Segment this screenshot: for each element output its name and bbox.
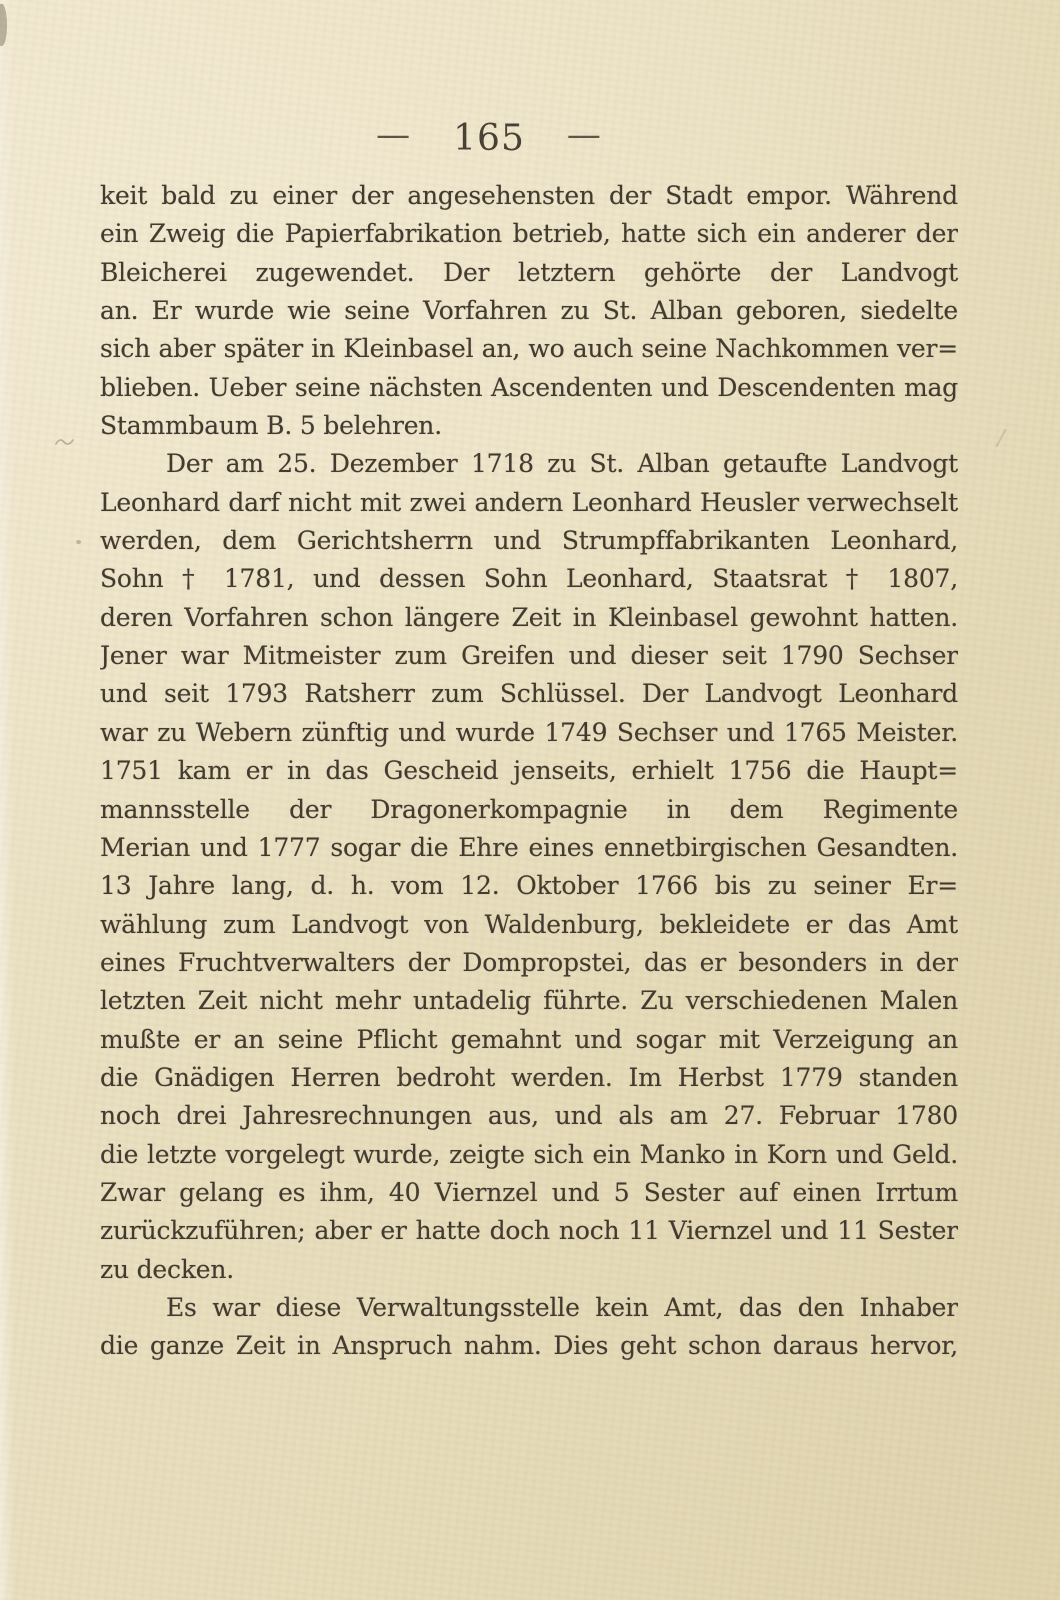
text-line: werden, dem Gerichtsherrn und Strumpffab…	[100, 522, 958, 560]
book-page-scan: — 165 — keit bald zu einer der angesehen…	[0, 0, 1060, 1600]
scan-edge-left	[0, 0, 14, 1600]
text-line: zurückzuführen; aber er hatte doch noch …	[100, 1212, 958, 1250]
text-line: Leonhard darf nicht mit zwei andern Leon…	[100, 484, 958, 522]
text-line: Es war diese Verwaltungsstelle kein Amt,…	[100, 1289, 958, 1327]
text-line: war zu Webern zünftig und wurde 1749 Sec…	[100, 714, 958, 752]
text-line: blieben. Ueber seine nächsten Ascendente…	[100, 369, 958, 407]
text-line: die letzte vorgelegt wurde, zeigte sich …	[100, 1136, 958, 1174]
header-left-dash: —	[376, 115, 411, 155]
scan-artifact-dot	[76, 540, 81, 544]
text-line: zu decken.	[100, 1251, 958, 1289]
text-line: deren Vorfahren schon längere Zeit in Kl…	[100, 599, 958, 637]
text-line: sich aber später in Kleinbasel an, wo au…	[100, 330, 958, 368]
text-line: eines Fruchtverwalters der Dompropstei, …	[100, 944, 958, 982]
text-line: Jener war Mitmeister zum Greifen und die…	[100, 637, 958, 675]
text-line: mußte er an seine Pflicht gemahnt und so…	[100, 1021, 958, 1059]
text-line: letzten Zeit nicht mehr untadelig führte…	[100, 982, 958, 1020]
text-line: Merian und 1777 sogar die Ehre eines enn…	[100, 829, 958, 867]
page-number: 165	[453, 118, 525, 159]
text-line: an. Er wurde wie seine Vorfahren zu St. …	[100, 292, 958, 330]
text-line: noch drei Jahresrechnungen aus, und als …	[100, 1097, 958, 1135]
text-line: Stammbaum B. 5 belehren.	[100, 407, 958, 445]
text-line: 13 Jahre lang, d. h. vom 12. Oktober 176…	[100, 867, 958, 905]
text-line: mannsstelle der Dragonerkompagnie in dem…	[100, 791, 958, 829]
text-line: 1751 kam er in das Gescheid jenseits, er…	[100, 752, 958, 790]
text-line: die ganze Zeit in Anspruch nahm. Dies ge…	[100, 1327, 958, 1365]
text-line: die Gnädigen Herren bedroht werden. Im H…	[100, 1059, 958, 1097]
text-line: wählung zum Landvogt von Waldenburg, bek…	[100, 906, 958, 944]
header-right-dash: —	[567, 115, 602, 155]
text-line: Bleicherei zugewendet. Der letztern gehö…	[100, 254, 958, 292]
text-line: keit bald zu einer der angesehensten der…	[100, 177, 958, 215]
text-line: Zwar gelang es ihm, 40 Viernzel und 5 Se…	[100, 1174, 958, 1212]
scan-artifact-pencil-squiggle	[55, 432, 75, 451]
text-line: und seit 1793 Ratsherr zum Schlüssel. De…	[100, 675, 958, 713]
text-line: Sohn † 1781, und dessen Sohn Leonhard, S…	[100, 560, 958, 598]
text-line: ein Zweig die Papierfabrikation betrieb,…	[100, 215, 958, 253]
scan-artifact-scratch	[995, 429, 1006, 448]
page-header: — 165 —	[0, 118, 1019, 159]
text-block: keit bald zu einer der angesehensten der…	[100, 177, 958, 1366]
text-line: Der am 25. Dezember 1718 zu St. Alban ge…	[100, 445, 958, 483]
